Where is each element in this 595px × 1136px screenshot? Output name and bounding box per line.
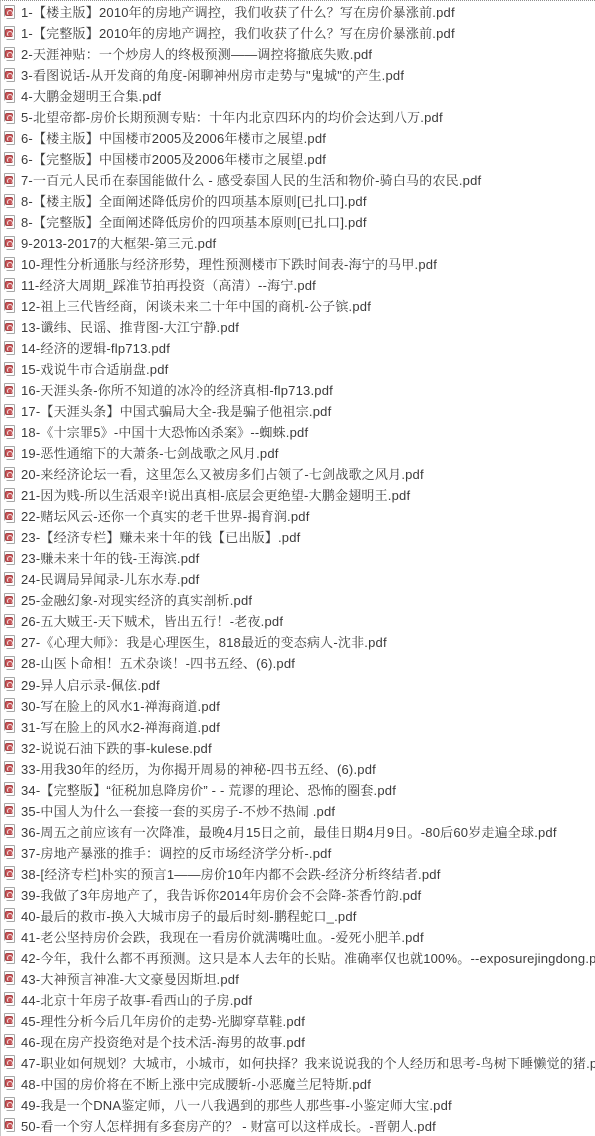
file-name[interactable]: 5-北望帝都-房价长期预测专贴：十年内北京四环内的均价会达到八万.pdf — [21, 107, 443, 126]
pdf-file-icon — [4, 320, 15, 334]
file-row[interactable]: 50-看一个穷人怎样拥有多套房产的？ - 财富可以这样成长。-晋朝人.pdf — [1, 1115, 595, 1136]
pdf-file-icon — [4, 887, 15, 901]
file-name[interactable]: 6-【楼主版】中国楼市2005及2006年楼市之展望.pdf — [21, 128, 326, 147]
pdf-file-icon — [4, 404, 15, 418]
file-name[interactable]: 27-《心理大师》：我是心理医生，818最近的变态病人-沈非.pdf — [21, 632, 387, 651]
pdf-logo-emblem — [5, 1058, 13, 1066]
file-row[interactable]: 10-理性分析通胀与经济形势，理性预测楼市下跌时间表-海宁的马甲.pdf — [1, 253, 595, 274]
file-name[interactable]: 44-北京十年房子故事-看西山的子房.pdf — [21, 990, 252, 1009]
file-row[interactable]: 19-恶性通缩下的大萧条-七剑战歌之风月.pdf — [1, 442, 595, 463]
pdf-logo-emblem — [5, 638, 13, 646]
file-name[interactable]: 30-写在脸上的风水1-禅海商道.pdf — [21, 696, 220, 715]
pdf-file-icon — [4, 236, 15, 250]
pdf-logo-emblem — [5, 848, 13, 856]
file-name[interactable]: 46-现在房产投资绝对是个技术活-海男的故事.pdf — [21, 1032, 305, 1051]
file-row[interactable]: 5-北望帝都-房价长期预测专贴：十年内北京四环内的均价会达到八万.pdf — [1, 106, 595, 127]
file-name[interactable]: 15-戏说牛市合适崩盘.pdf — [21, 359, 168, 378]
pdf-file-icon — [4, 47, 15, 61]
pdf-logo-emblem — [5, 701, 13, 709]
pdf-file-icon — [4, 719, 15, 733]
pdf-file-icon — [4, 656, 15, 670]
pdf-file-icon — [4, 992, 15, 1006]
file-row[interactable]: 22-赌坛风云-还你一个真实的老千世界-揭育润.pdf — [1, 505, 595, 526]
file-name[interactable]: 8-【完整版】全面阐述降低房价的四项基本原则[已扎口].pdf — [21, 212, 367, 231]
file-row[interactable]: 38-[经济专栏]朴实的预言1——房价10年内都不会跌-经济分析终结者.pdf — [1, 863, 595, 884]
file-row[interactable]: 35-中国人为什么一套接一套的买房子-不炒不热闹 .pdf — [1, 800, 595, 821]
pdf-logo-emblem — [5, 281, 13, 289]
file-name[interactable]: 49-我是一个DNA鉴定师，八一八我遇到的那些人那些事-小鉴定师大宝.pdf — [21, 1095, 452, 1114]
file-name[interactable]: 45-理性分析今后几年房价的走势-光脚穿草鞋.pdf — [21, 1011, 305, 1030]
pdf-logo-emblem — [5, 512, 13, 520]
file-name[interactable]: 18-《十宗罪5》-中国十大恐怖凶杀案》--蜘蛛.pdf — [21, 422, 308, 441]
pdf-logo-emblem — [5, 575, 13, 583]
file-name[interactable]: 23-【经济专栏】赚未来十年的钱【已出版】.pdf — [21, 527, 300, 546]
pdf-logo-emblem — [5, 1100, 13, 1108]
pdf-logo-emblem — [5, 554, 13, 562]
pdf-logo-emblem — [5, 29, 13, 37]
pdf-file-icon — [4, 950, 15, 964]
pdf-file-icon — [4, 782, 15, 796]
file-row[interactable]: 40-最后的救市-换入大城市房子的最后时刻-鹏程蛇口_.pdf — [1, 905, 595, 926]
pdf-logo-emblem — [5, 323, 13, 331]
pdf-file-icon — [4, 677, 15, 691]
file-row[interactable]: 4-大鹏金翅明王合集.pdf — [1, 85, 595, 106]
pdf-logo-emblem — [5, 1079, 13, 1087]
pdf-logo-emblem — [5, 155, 13, 163]
pdf-file-icon — [4, 5, 15, 19]
pdf-file-icon — [4, 131, 15, 145]
pdf-logo-emblem — [5, 449, 13, 457]
file-row[interactable]: 1-【完整版】2010年的房地产调控，我们收获了什么？写在房价暴涨前.pdf — [1, 22, 595, 43]
file-row[interactable]: 45-理性分析今后几年房价的走势-光脚穿草鞋.pdf — [1, 1010, 595, 1031]
file-name[interactable]: 7-一百元人民币在泰国能做什么 - 感受泰国人民的生活和物价-骑白马的农民.pd… — [21, 170, 481, 189]
file-name[interactable]: 11-经济大周期_踩准节拍再投资（高清）--海宁.pdf — [21, 275, 316, 294]
file-row[interactable]: 6-【完整版】中国楼市2005及2006年楼市之展望.pdf — [1, 148, 595, 169]
pdf-logo-emblem — [5, 617, 13, 625]
file-row[interactable]: 33-用我30年的经历，为你揭开周易的神秘-四书五经、(6).pdf — [1, 758, 595, 779]
file-row[interactable]: 18-《十宗罪5》-中国十大恐怖凶杀案》--蜘蛛.pdf — [1, 421, 595, 442]
file-name[interactable]: 4-大鹏金翅明王合集.pdf — [21, 86, 161, 105]
pdf-logo-emblem — [5, 890, 13, 898]
file-row[interactable]: 23-赚未来十年的钱-王海滨.pdf — [1, 547, 595, 568]
pdf-file-icon — [4, 929, 15, 943]
file-name[interactable]: 41-老公坚持房价会跌，我现在一看房价就满嘴吐血。-爱死小肥羊.pdf — [21, 927, 424, 946]
pdf-logo-emblem — [5, 407, 13, 415]
file-row[interactable]: 37-房地产暴涨的推手：调控的反市场经济学分析-.pdf — [1, 842, 595, 863]
pdf-file-icon — [4, 593, 15, 607]
pdf-logo-emblem — [5, 596, 13, 604]
pdf-logo-emblem — [5, 50, 13, 58]
file-row[interactable]: 3-看图说话-从开发商的角度-闲聊神州房市走势与"鬼城"的产生.pdf — [1, 64, 595, 85]
file-name[interactable]: 36-周五之前应该有一次降准，最晚4月15日之前，最佳日期4月9日。-80后60… — [21, 822, 557, 841]
file-name[interactable]: 14-经济的逻辑-flp713.pdf — [21, 338, 170, 357]
file-name[interactable]: 13-谶纬、民谣、推背图-大江宁静.pdf — [21, 317, 239, 336]
file-name[interactable]: 17-【天涯头条】中国式骗局大全-我是骗子他祖宗.pdf — [21, 401, 331, 420]
pdf-logo-emblem — [5, 659, 13, 667]
pdf-file-icon — [4, 173, 15, 187]
pdf-file-icon — [4, 446, 15, 460]
pdf-file-icon — [4, 26, 15, 40]
pdf-logo-emblem — [5, 197, 13, 205]
file-row[interactable]: 29-异人启示录-佩伭.pdf — [1, 674, 595, 695]
file-row[interactable]: 13-谶纬、民谣、推背图-大江宁静.pdf — [1, 316, 595, 337]
file-name[interactable]: 33-用我30年的经历，为你揭开周易的神秘-四书五经、(6).pdf — [21, 759, 376, 778]
file-name[interactable]: 47-职业如何规划？大城市，小城市，如何抉择？我来说说我的个人经历和思考-鸟树下… — [21, 1053, 595, 1072]
pdf-file-icon — [4, 824, 15, 838]
file-name[interactable]: 1-【楼主版】2010年的房地产调控，我们收获了什么？写在房价暴涨前.pdf — [21, 2, 455, 21]
file-row[interactable]: 2-天涯神贴：一个炒房人的终极预测——调控将撤底失败.pdf — [1, 43, 595, 64]
file-row[interactable]: 30-写在脸上的风水1-禅海商道.pdf — [1, 695, 595, 716]
pdf-logo-emblem — [5, 92, 13, 100]
file-row[interactable]: 6-【楼主版】中国楼市2005及2006年楼市之展望.pdf — [1, 127, 595, 148]
pdf-file-icon — [4, 488, 15, 502]
file-name[interactable]: 12-祖上三代皆经商，闲谈未来二十年中国的商机-公子镔.pdf — [21, 296, 371, 315]
file-name[interactable]: 16-天涯头条-你所不知道的冰冷的经济真相-flp713.pdf — [21, 380, 333, 399]
file-row[interactable]: 7-一百元人民币在泰国能做什么 - 感受泰国人民的生活和物价-骑白马的农民.pd… — [1, 169, 595, 190]
pdf-file-icon — [4, 971, 15, 985]
file-name[interactable]: 21-因为贱-所以生活艰辛!说出真相-底层会更绝望-大鹏金翅明王.pdf — [21, 485, 410, 504]
file-name[interactable]: 9-2013-2017的大框架-第三元.pdf — [21, 233, 216, 252]
file-name[interactable]: 42-今年，我什么都不再预测。这只是本人去年的长贴。准确率仅也就100%。--e… — [21, 948, 595, 967]
pdf-file-icon — [4, 1055, 15, 1069]
file-name[interactable]: 31-写在脸上的风水2-禅海商道.pdf — [21, 717, 220, 736]
file-row[interactable]: 14-经济的逻辑-flp713.pdf — [1, 337, 595, 358]
file-name[interactable]: 24-民调局异闻录-儿东水寿.pdf — [21, 569, 199, 588]
pdf-logo-emblem — [5, 806, 13, 814]
pdf-logo-emblem — [5, 176, 13, 184]
file-row[interactable]: 41-老公坚持房价会跌，我现在一看房价就满嘴吐血。-爱死小肥羊.pdf — [1, 926, 595, 947]
pdf-file-icon — [4, 215, 15, 229]
pdf-logo-emblem — [5, 428, 13, 436]
pdf-logo-emblem — [5, 1016, 13, 1024]
pdf-file-icon — [4, 89, 15, 103]
file-row[interactable]: 9-2013-2017的大框架-第三元.pdf — [1, 232, 595, 253]
file-row[interactable]: 12-祖上三代皆经商，闲谈未来二十年中国的商机-公子镔.pdf — [1, 295, 595, 316]
file-name[interactable]: 37-房地产暴涨的推手：调控的反市场经济学分析-.pdf — [21, 843, 331, 862]
pdf-file-icon — [4, 1013, 15, 1027]
pdf-logo-emblem — [5, 1121, 13, 1129]
pdf-file-icon — [4, 572, 15, 586]
pdf-file-icon — [4, 740, 15, 754]
file-name[interactable]: 22-赌坛风云-还你一个真实的老千世界-揭育润.pdf — [21, 506, 310, 525]
file-row[interactable]: 23-【经济专栏】赚未来十年的钱【已出版】.pdf — [1, 526, 595, 547]
file-row[interactable]: 43-大神预言神准-大文豪曼因斯坦.pdf — [1, 968, 595, 989]
pdf-logo-emblem — [5, 911, 13, 919]
pdf-logo-emblem — [5, 953, 13, 961]
file-row[interactable]: 21-因为贱-所以生活艰辛!说出真相-底层会更绝望-大鹏金翅明王.pdf — [1, 484, 595, 505]
file-name[interactable]: 39-我做了3年房地产了，我告诉你2014年房价会不会降-茶香竹韵.pdf — [21, 885, 421, 904]
pdf-file-icon — [4, 761, 15, 775]
pdf-logo-emblem — [5, 344, 13, 352]
file-name[interactable]: 48-中国的房价将在不断上涨中完成腰斩-小恶魔兰尼特斯.pdf — [21, 1074, 371, 1093]
pdf-file-icon — [4, 803, 15, 817]
file-row[interactable]: 20-来经济论坛一看，这里怎么又被房多们占领了-七剑战歌之风月.pdf — [1, 463, 595, 484]
file-row[interactable]: 17-【天涯头条】中国式骗局大全-我是骗子他祖宗.pdf — [1, 400, 595, 421]
file-row[interactable]: 11-经济大周期_踩准节拍再投资（高清）--海宁.pdf — [1, 274, 595, 295]
file-name[interactable]: 10-理性分析通胀与经济形势，理性预测楼市下跌时间表-海宁的马甲.pdf — [21, 254, 437, 273]
file-name[interactable]: 50-看一个穷人怎样拥有多套房产的？ - 财富可以这样成长。-晋朝人.pdf — [21, 1116, 436, 1135]
file-row[interactable]: 8-【楼主版】全面阐述降低房价的四项基本原则[已扎口].pdf — [1, 190, 595, 211]
pdf-logo-emblem — [5, 302, 13, 310]
file-row[interactable]: 25-金融幻象-对现实经济的真实剖析.pdf — [1, 589, 595, 610]
pdf-logo-emblem — [5, 932, 13, 940]
pdf-file-icon — [4, 551, 15, 565]
pdf-logo-emblem — [5, 134, 13, 142]
file-name[interactable]: 6-【完整版】中国楼市2005及2006年楼市之展望.pdf — [21, 149, 326, 168]
pdf-file-icon — [4, 110, 15, 124]
file-name[interactable]: 20-来经济论坛一看，这里怎么又被房多们占领了-七剑战歌之风月.pdf — [21, 464, 424, 483]
pdf-file-icon — [4, 530, 15, 544]
file-row[interactable]: 28-山医卜命相！五术杂谈！-四书五经、(6).pdf — [1, 652, 595, 673]
pdf-logo-emblem — [5, 8, 13, 16]
pdf-file-icon — [4, 341, 15, 355]
file-row[interactable]: 48-中国的房价将在不断上涨中完成腰斩-小恶魔兰尼特斯.pdf — [1, 1073, 595, 1094]
pdf-logo-emblem — [5, 869, 13, 877]
pdf-logo-emblem — [5, 974, 13, 982]
pdf-logo-emblem — [5, 386, 13, 394]
file-name[interactable]: 23-赚未来十年的钱-王海滨.pdf — [21, 548, 199, 567]
pdf-logo-emblem — [5, 785, 13, 793]
pdf-logo-emblem — [5, 491, 13, 499]
file-row[interactable]: 49-我是一个DNA鉴定师，八一八我遇到的那些人那些事-小鉴定师大宝.pdf — [1, 1094, 595, 1115]
file-name[interactable]: 40-最后的救市-换入大城市房子的最后时刻-鹏程蛇口_.pdf — [21, 906, 357, 925]
pdf-logo-emblem — [5, 218, 13, 226]
pdf-file-icon — [4, 152, 15, 166]
file-row[interactable]: 36-周五之前应该有一次降准，最晚4月15日之前，最佳日期4月9日。-80后60… — [1, 821, 595, 842]
file-name[interactable]: 28-山医卜命相！五术杂谈！-四书五经、(6).pdf — [21, 653, 295, 672]
file-name[interactable]: 38-[经济专栏]朴实的预言1——房价10年内都不会跌-经济分析终结者.pdf — [21, 864, 441, 883]
pdf-file-icon — [4, 68, 15, 82]
pdf-file-icon — [4, 509, 15, 523]
file-row[interactable]: 31-写在脸上的风水2-禅海商道.pdf — [1, 716, 595, 737]
pdf-logo-emblem — [5, 995, 13, 1003]
file-list: 1-【楼主版】2010年的房地产调控，我们收获了什么？写在房价暴涨前.pdf 1… — [0, 0, 595, 1136]
file-name[interactable]: 26-五大贼王-天下贼术，皆出五行！-老夜.pdf — [21, 611, 283, 630]
file-name[interactable]: 32-说说石油下跌的事-kulese.pdf — [21, 738, 212, 757]
file-row[interactable]: 44-北京十年房子故事-看西山的子房.pdf — [1, 989, 595, 1010]
pdf-file-icon — [4, 845, 15, 859]
pdf-file-icon — [4, 614, 15, 628]
pdf-logo-emblem — [5, 1037, 13, 1045]
pdf-logo-emblem — [5, 71, 13, 79]
pdf-file-icon — [4, 1076, 15, 1090]
file-name[interactable]: 35-中国人为什么一套接一套的买房子-不炒不热闹 .pdf — [21, 801, 335, 820]
file-name[interactable]: 2-天涯神贴：一个炒房人的终极预测——调控将撤底失败.pdf — [21, 44, 372, 63]
file-name[interactable]: 25-金融幻象-对现实经济的真实剖析.pdf — [21, 590, 252, 609]
file-row[interactable]: 47-职业如何规划？大城市，小城市，如何抉择？我来说说我的个人经历和思考-鸟树下… — [1, 1052, 595, 1073]
file-row[interactable]: 15-戏说牛市合适崩盘.pdf — [1, 358, 595, 379]
file-name[interactable]: 3-看图说话-从开发商的角度-闲聊神州房市走势与"鬼城"的产生.pdf — [21, 65, 404, 84]
pdf-file-icon — [4, 194, 15, 208]
pdf-file-icon — [4, 299, 15, 313]
file-name[interactable]: 29-异人启示录-佩伭.pdf — [21, 675, 160, 694]
pdf-file-icon — [4, 1034, 15, 1048]
file-row[interactable]: 46-现在房产投资绝对是个技术活-海男的故事.pdf — [1, 1031, 595, 1052]
pdf-logo-emblem — [5, 764, 13, 772]
file-row[interactable]: 1-【楼主版】2010年的房地产调控，我们收获了什么？写在房价暴涨前.pdf — [1, 1, 595, 22]
pdf-file-icon — [4, 278, 15, 292]
file-row[interactable]: 16-天涯头条-你所不知道的冰冷的经济真相-flp713.pdf — [1, 379, 595, 400]
file-name[interactable]: 43-大神预言神准-大文豪曼因斯坦.pdf — [21, 969, 239, 988]
pdf-file-icon — [4, 467, 15, 481]
pdf-logo-emblem — [5, 680, 13, 688]
file-row[interactable]: 26-五大贼王-天下贼术，皆出五行！-老夜.pdf — [1, 610, 595, 631]
file-name[interactable]: 34-【完整版】“征税加息降房价” - - 荒谬的理论、恐怖的圈套.pdf — [21, 780, 396, 799]
file-name[interactable]: 1-【完整版】2010年的房地产调控，我们收获了什么？写在房价暴涨前.pdf — [21, 23, 455, 42]
pdf-file-icon — [4, 635, 15, 649]
file-row[interactable]: 42-今年，我什么都不再预测。这只是本人去年的长贴。准确率仅也就100%。--e… — [1, 947, 595, 968]
file-row[interactable]: 34-【完整版】“征税加息降房价” - - 荒谬的理论、恐怖的圈套.pdf — [1, 779, 595, 800]
pdf-logo-emblem — [5, 743, 13, 751]
pdf-logo-emblem — [5, 533, 13, 541]
pdf-file-icon — [4, 698, 15, 712]
pdf-file-icon — [4, 866, 15, 880]
pdf-file-icon — [4, 425, 15, 439]
file-row[interactable]: 39-我做了3年房地产了，我告诉你2014年房价会不会降-茶香竹韵.pdf — [1, 884, 595, 905]
file-row[interactable]: 32-说说石油下跌的事-kulese.pdf — [1, 737, 595, 758]
file-row[interactable]: 8-【完整版】全面阐述降低房价的四项基本原则[已扎口].pdf — [1, 211, 595, 232]
pdf-file-icon — [4, 908, 15, 922]
file-row[interactable]: 27-《心理大师》：我是心理医生，818最近的变态病人-沈非.pdf — [1, 631, 595, 652]
pdf-file-icon — [4, 383, 15, 397]
pdf-logo-emblem — [5, 470, 13, 478]
pdf-file-icon — [4, 1097, 15, 1111]
file-row[interactable]: 24-民调局异闻录-儿东水寿.pdf — [1, 568, 595, 589]
file-name[interactable]: 19-恶性通缩下的大萧条-七剑战歌之风月.pdf — [21, 443, 279, 462]
pdf-logo-emblem — [5, 260, 13, 268]
pdf-logo-emblem — [5, 239, 13, 247]
pdf-logo-emblem — [5, 722, 13, 730]
pdf-file-icon — [4, 257, 15, 271]
pdf-logo-emblem — [5, 113, 13, 121]
pdf-logo-emblem — [5, 827, 13, 835]
pdf-file-icon — [4, 362, 15, 376]
pdf-file-icon — [4, 1118, 15, 1132]
pdf-logo-emblem — [5, 365, 13, 373]
file-name[interactable]: 8-【楼主版】全面阐述降低房价的四项基本原则[已扎口].pdf — [21, 191, 367, 210]
